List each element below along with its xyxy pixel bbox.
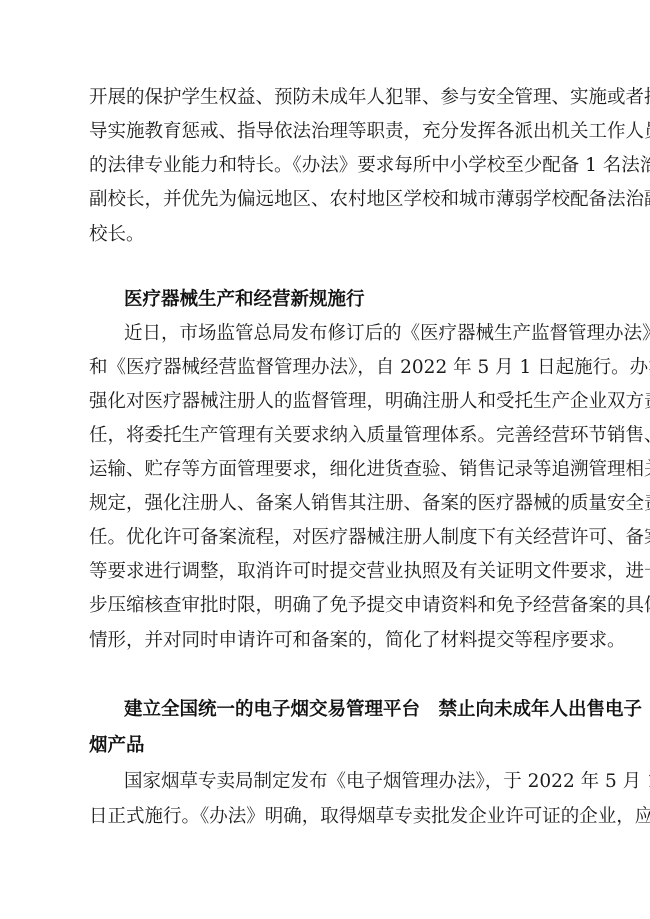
paragraph-line: 导实施教育惩戒、指导依法治理等职责，充分发挥各派出机关工作人员: [89, 120, 552, 144]
paragraph-line: 日正式施行。《办法》明确，取得烟草专卖批发企业许可证的企业，应: [89, 805, 552, 829]
document-page: 开展的保护学生权益、预防未成年人犯罪、参与安全管理、实施或者指 导实施教育惩戒、…: [0, 0, 650, 919]
section-heading-e-cigarettes: 建立全国统一的电子烟交易管理平台 禁止向未成年人出售电子: [124, 698, 552, 722]
paragraph-line: 强化对医疗器械注册人的监督管理，明确注册人和受托生产企业双方责: [89, 390, 552, 414]
paragraph-line: 规定，强化注册人、备案人销售其注册、备案的医疗器械的质量安全责: [89, 492, 552, 516]
paragraph-line: 近日，市场监管总局发布修订后的《医疗器械生产监督管理办法》: [124, 322, 552, 346]
paragraph-line: 开展的保护学生权益、预防未成年人犯罪、参与安全管理、实施或者指: [89, 86, 552, 110]
paragraph-line: 等要求进行调整，取消许可时提交营业执照及有关证明文件要求，进一: [89, 560, 552, 584]
section-heading-e-cigarettes-cont: 烟产品: [89, 734, 552, 758]
paragraph-line: 校长。: [89, 223, 552, 247]
paragraph-line: 副校长，并优先为偏远地区、农村地区学校和城市薄弱学校配备法治副: [89, 188, 552, 212]
paragraph-line: 步压缩核查审批时限，明确了免予提交申请资料和免予经营备案的具体: [89, 594, 552, 618]
paragraph-line: 任。优化许可备案流程，对医疗器械注册人制度下有关经营许可、备案: [89, 526, 552, 550]
paragraph-line: 的法律专业能力和特长。《办法》要求每所中小学校至少配备 1 名法治: [89, 154, 552, 178]
paragraph-line: 情形，并对同时申请许可和备案的，简化了材料提交等程序要求。: [89, 629, 552, 653]
paragraph-line: 国家烟草专卖局制定发布《电子烟管理办法》，于 2022 年 5 月 1: [124, 770, 552, 794]
paragraph-line: 任，将委托生产管理有关要求纳入质量管理体系。完善经营环节销售、: [89, 424, 552, 448]
paragraph-line: 运输、贮存等方面管理要求，细化进货查验、销售记录等追溯管理相关: [89, 458, 552, 482]
section-heading-medical-devices: 医疗器械生产和经营新规施行: [124, 288, 552, 312]
paragraph-line: 和《医疗器械经营监督管理办法》，自 2022 年 5 月 1 日起施行。办法: [89, 356, 552, 380]
